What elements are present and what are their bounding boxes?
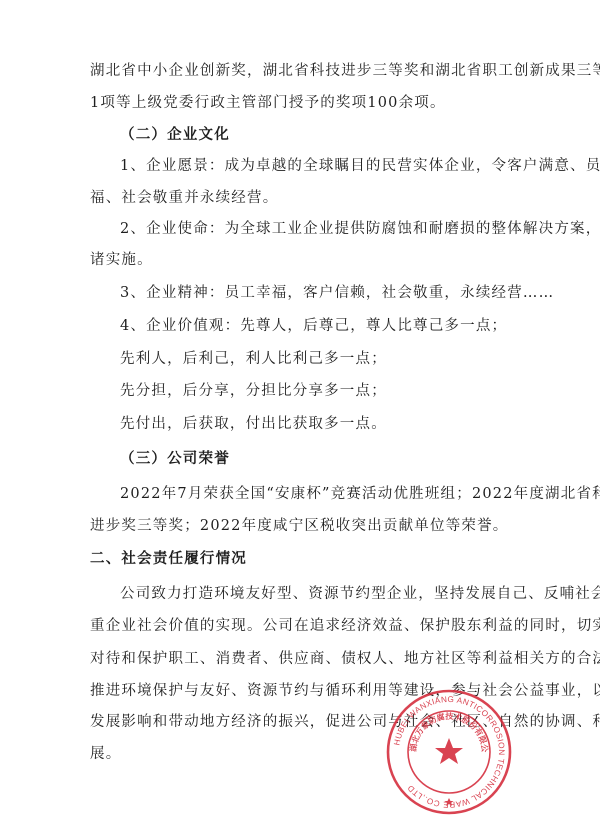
paragraph-line: 先付出，后获取，付出比获取多一点。 <box>120 414 522 434</box>
paragraph-line: 4、企业价值观：先尊人，后尊己，尊人比尊己多一点； <box>120 316 522 336</box>
paragraph-line: 1、企业愿景：成为卓越的全球瞩目的民营实体企业，令客户满意、员工幸 <box>120 156 522 176</box>
paragraph-line: 推进环境保护与友好、资源节约与循环利用等建设，参与社会公益事业，以自身 <box>90 681 522 701</box>
paragraph-line: 1项等上级党委行政主管部门授予的奖项100余项。 <box>90 93 522 113</box>
paragraph-line: 诸实施。 <box>90 250 522 270</box>
paragraph-line: 先分担，后分享，分担比分享多一点； <box>120 381 522 401</box>
paragraph-line: 2022年7月荣获全国“安康杯”竞赛活动优胜班组；2022年度湖北省科技 <box>120 484 522 504</box>
paragraph-line: 湖北省中小企业创新奖，湖北省科技进步三等奖和湖北省职工创新成果三等奖各 <box>90 61 522 81</box>
paragraph-line: 3、企业精神：员工幸福，客户信赖，社会敬重，永续经营…… <box>120 283 522 303</box>
paragraph-line: 先利人，后利己，利人比利己多一点； <box>120 349 522 369</box>
paragraph-line: 进步奖三等奖；2022年度咸宁区税收突出贡献单位等荣誉。 <box>90 516 522 536</box>
document-page: 湖北省中小企业创新奖，湖北省科技进步三等奖和湖北省职工创新成果三等奖各1项等上级… <box>0 0 600 837</box>
paragraph-line: 2、企业使命：为全球工业企业提供防腐蚀和耐磨损的整体解决方案，并付 <box>120 219 522 239</box>
section-heading: （三）公司荣誉 <box>120 449 522 469</box>
paragraph-line: 发展影响和带动地方经济的振兴，促进公司与社会、社区、自然的协调、和谐发 <box>90 712 522 732</box>
section-heading: 二、社会责任履行情况 <box>90 549 522 569</box>
paragraph-line: 重企业社会价值的实现。公司在追求经济效益、保护股东利益的同时，切实诚信 <box>90 616 522 636</box>
paragraph-line: 福、社会敬重并永续经营。 <box>90 188 522 208</box>
paragraph-line: 展。 <box>90 744 522 764</box>
paragraph-line: 对待和保护职工、消费者、供应商、债权人、地方社区等利益相关方的合法权益， <box>90 649 522 669</box>
paragraph-line: 公司致力打造环境友好型、资源节约型企业，坚持发展自己、反哺社会，注 <box>120 584 522 604</box>
section-heading: （二）企业文化 <box>120 125 522 145</box>
